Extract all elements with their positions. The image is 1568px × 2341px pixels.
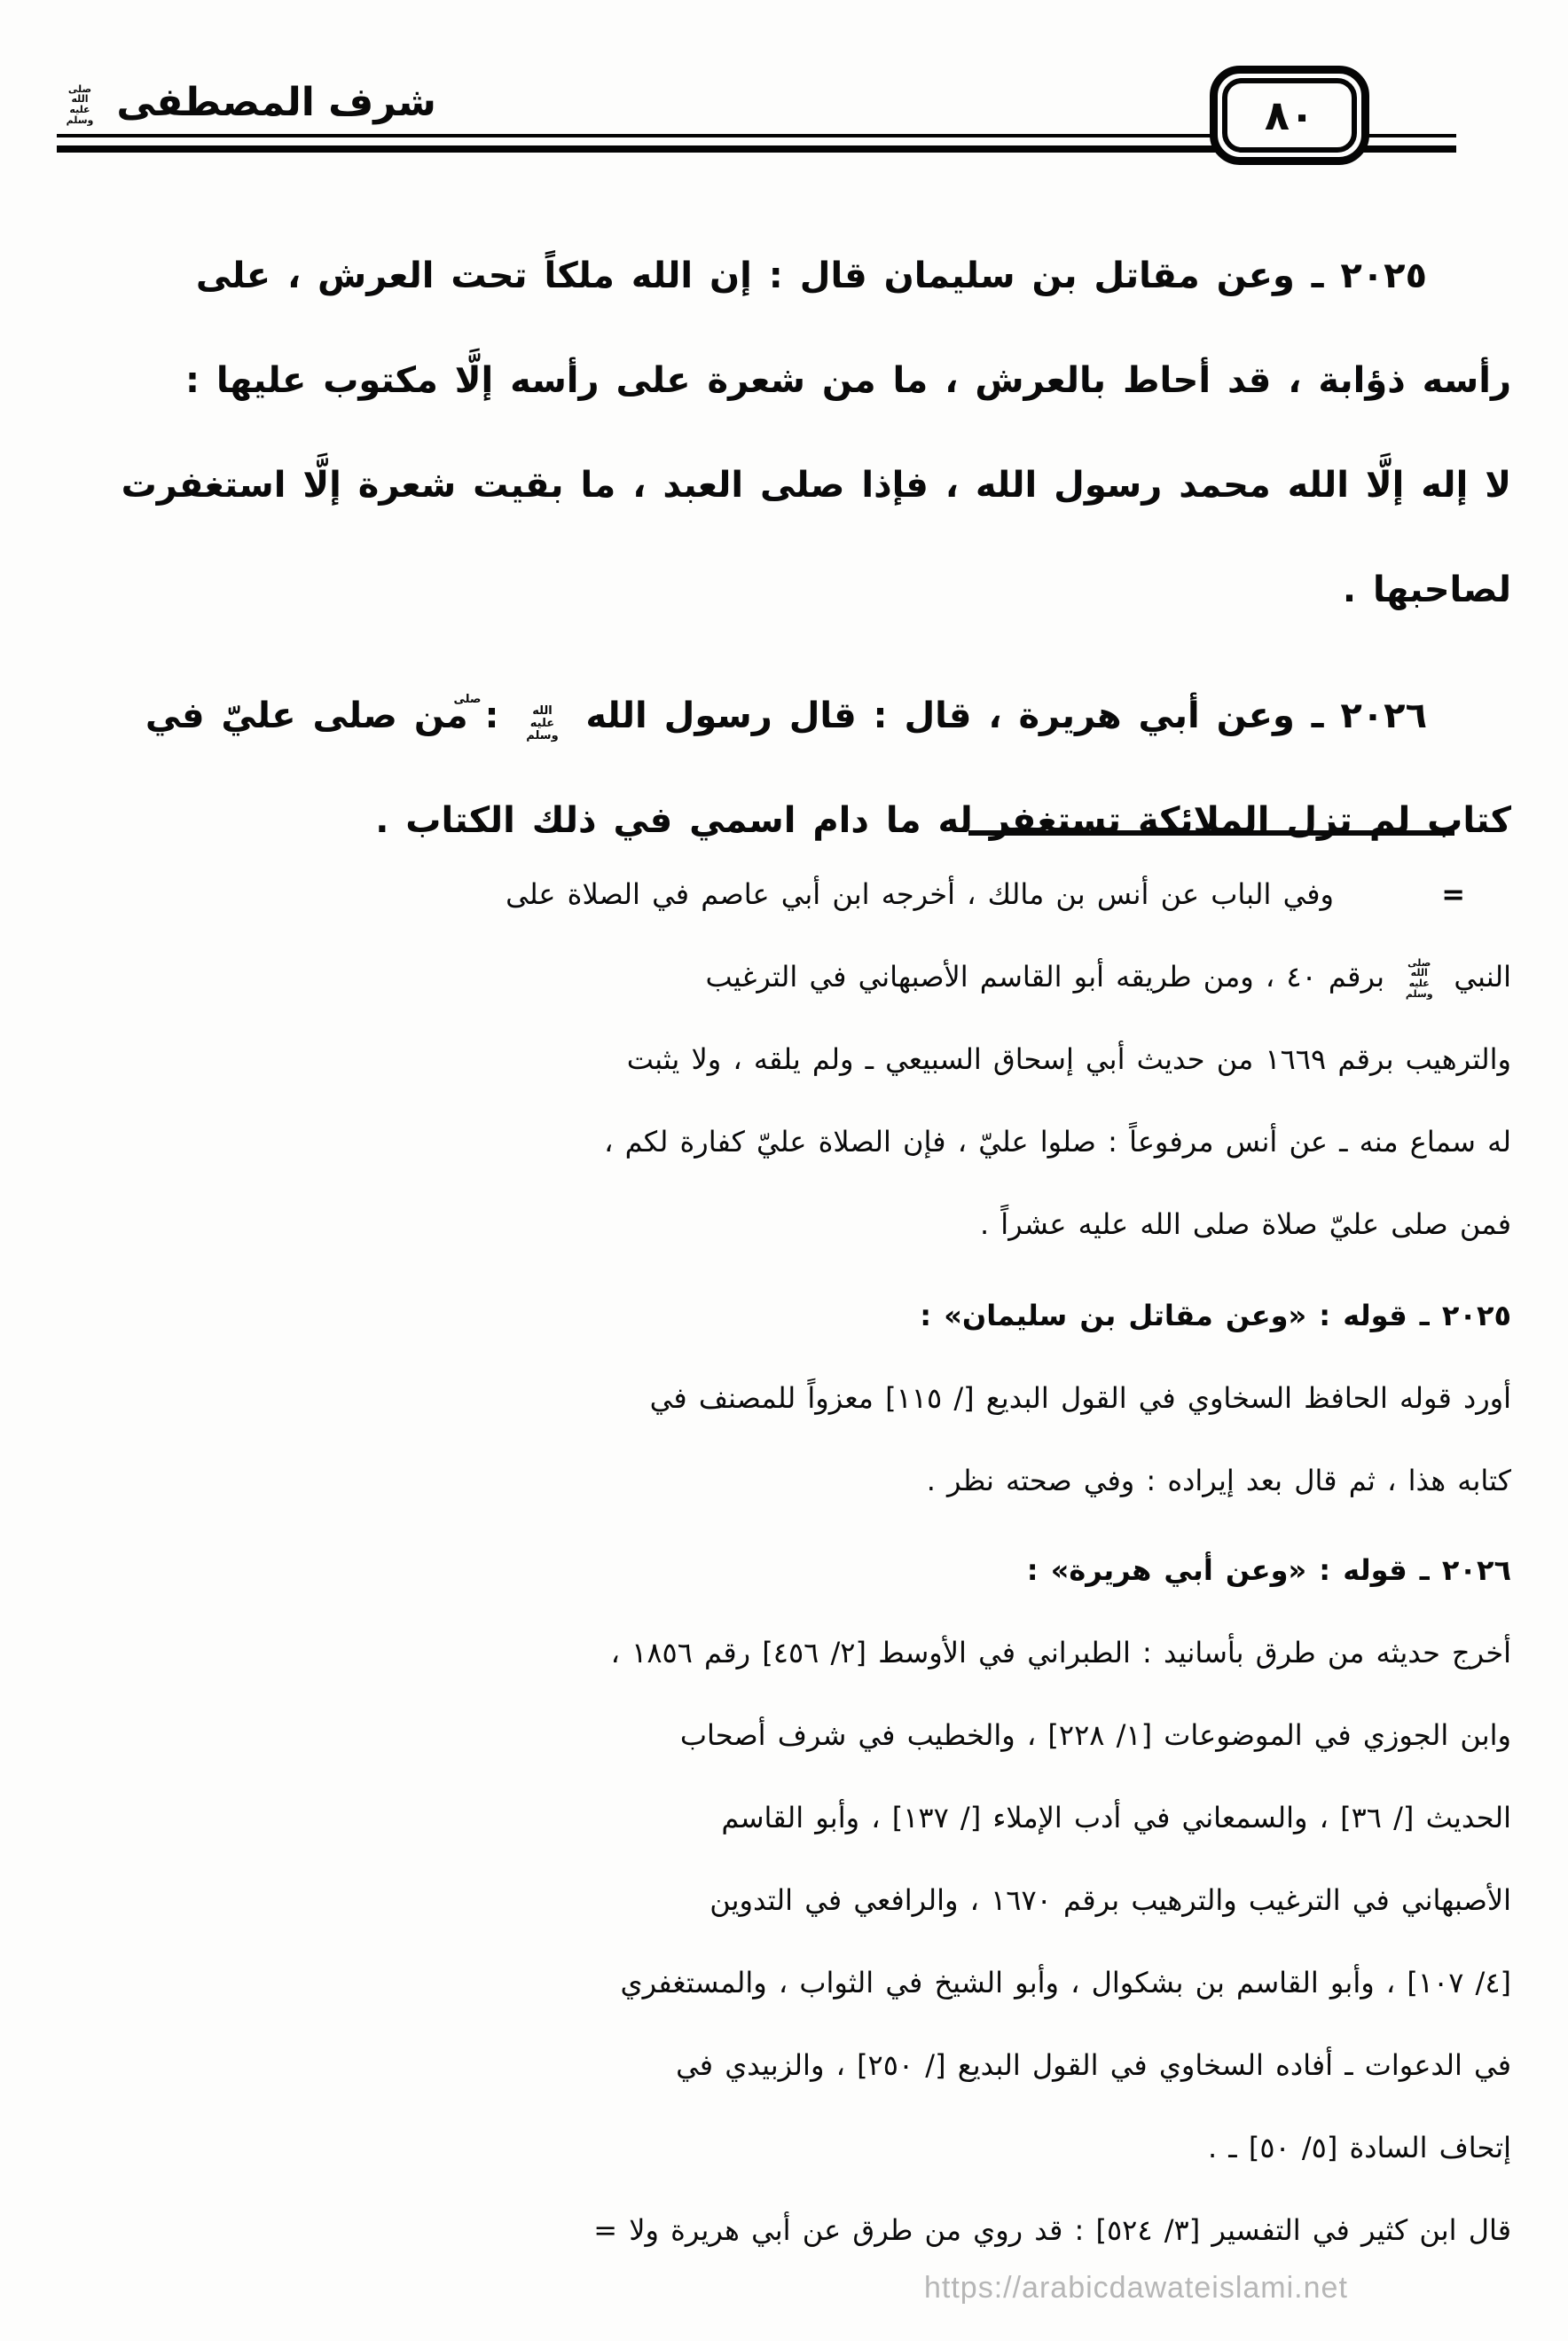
book-page: شرف المصطفى صلى الله عليه وسلم ٨٠ ٢٠٢٥ ـ… (0, 0, 1568, 2341)
page-number-badge: ٨٠ (1210, 66, 1369, 165)
book-title-text: شرف المصطفى (116, 80, 436, 125)
footnote-line: أخرج حديثه من طرق بأسانيد : الطبراني في … (57, 1612, 1511, 1694)
continuation-marker: = (1441, 853, 1465, 936)
site-watermark: https://arabicdawateislami.net (924, 2271, 1348, 2306)
footnote-line: إتحاف السادة [٥/ ٥٠] ـ . (57, 2107, 1511, 2189)
footnote-line: كتابه هذا ، ثم قال بعد إيراده : وفي صحته… (57, 1440, 1511, 1522)
footnote-line: أورد قوله الحافظ السخاوي في القول البديع… (57, 1357, 1511, 1440)
footnote-line: في الدعوات ـ أفاده السخاوي في القول البد… (57, 2024, 1511, 2107)
running-book-title: شرف المصطفى صلى الله عليه وسلم (57, 80, 436, 125)
sallallahu-alayhi-wasallam-icon: صلى الله عليه وسلم (1399, 958, 1439, 999)
footnote-line: وابن الجوزي في الموضوعات [١/ ٢٢٨] ، والخ… (57, 1694, 1511, 1777)
footnote-line: والترهيب برقم ١٦٦٩ من حديث أبي إسحاق الس… (57, 1018, 1511, 1101)
main-text-line: لا إله إلَّا الله محمد رسول الله ، فإذا … (57, 433, 1511, 538)
footnote-line: النبي صلى الله عليه وسلم برقم ٤٠ ، ومن ط… (57, 936, 1511, 1018)
footnote-entry-header: ٢٠٢٦ ـ قوله : «وعن أبي هريرة» : (57, 1529, 1511, 1612)
page-number: ٨٠ (1222, 78, 1357, 153)
footnote-line: قال ابن كثير في التفسير [٣/ ٥٢٤] : قد رو… (57, 2189, 1511, 2272)
sallallahu-alayhi-wasallam-icon: صلى الله عليه وسلم (519, 694, 565, 742)
footnote-line: = وفي الباب عن أنس بن مالك ، أخرجه ابن أ… (57, 853, 1511, 936)
footnotes-block: = وفي الباب عن أنس بن مالك ، أخرجه ابن أ… (57, 853, 1511, 2272)
footnote-line: الحديث [/ ٣٦] ، والسمعاني في أدب الإملاء… (57, 1777, 1511, 1859)
footnote-line: فمن صلى عليّ صلاة صلى الله عليه عشراً . (57, 1183, 1511, 1266)
main-text-block: ٢٠٢٥ ـ وعن مقاتل بن سليمان قال : إن الله… (57, 224, 1511, 873)
footnote-line: له سماع منه ـ عن أنس مرفوعاً : صلوا عليّ… (57, 1101, 1511, 1183)
main-text-line: لصاحبها . (57, 538, 1511, 642)
sallallahu-alayhi-wasallam-icon: صلى الله عليه وسلم (60, 84, 99, 125)
main-text-line: ٢٠٢٥ ـ وعن مقاتل بن سليمان قال : إن الله… (57, 224, 1511, 328)
main-text-line: ٢٠٢٦ ـ وعن أبي هريرة ، قال : قال رسول ال… (57, 664, 1511, 768)
footnote-separator (968, 830, 1454, 836)
footnote-line: الأصبهاني في الترغيب والترهيب برقم ١٦٧٠ … (57, 1859, 1511, 1942)
text-segment: وفي الباب عن أنس بن مالك ، أخرجه ابن أبي… (506, 877, 1334, 911)
text-segment: النبي (1442, 960, 1511, 994)
text-segment: برقم ٤٠ ، ومن طريقه أبو القاسم الأصبهاني… (706, 960, 1397, 994)
footnote-entry-header: ٢٠٢٥ ـ قوله : «وعن مقاتل بن سليمان» : (57, 1275, 1511, 1357)
footnote-line: [٤/ ١٠٧] ، وأبو القاسم بن بشكوال ، وأبو … (57, 1942, 1511, 2024)
main-text-line: رأسه ذؤابة ، قد أحاط بالعرش ، ما من شعرة… (57, 328, 1511, 433)
text-segment: ٢٠٢٦ ـ وعن أبي هريرة ، قال : قال رسول ال… (568, 695, 1427, 736)
